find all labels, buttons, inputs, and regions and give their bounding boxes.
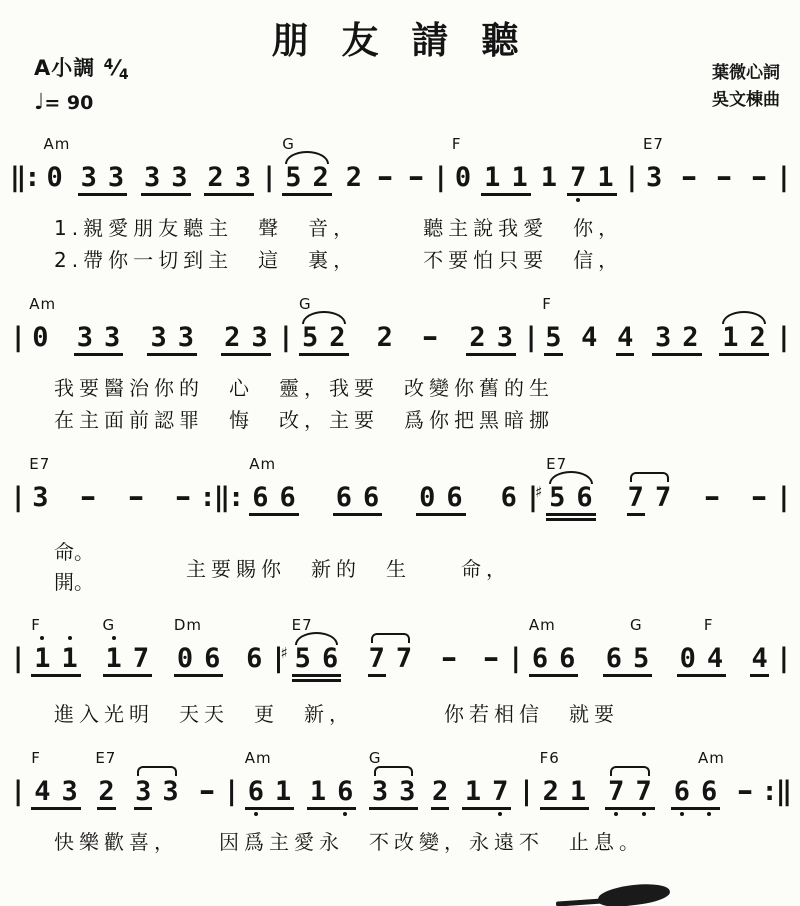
- note: 3: [134, 778, 152, 810]
- measure: 6Am665G04F4: [522, 645, 776, 677]
- note-number: -: [404, 164, 428, 191]
- low-octave-dot: [614, 812, 618, 816]
- note: 3E7: [31, 484, 49, 511]
- note: 3: [61, 778, 79, 805]
- beam-group: 77: [605, 778, 655, 810]
- note-number: 1: [310, 778, 326, 805]
- note-number: -: [747, 164, 771, 191]
- note-number: 6: [246, 645, 262, 672]
- note-number: 0: [455, 164, 471, 191]
- beam-group: 4F3: [31, 778, 81, 810]
- key-signature: A小調 4⁄4: [34, 52, 130, 83]
- measure: 5G22-23: [292, 324, 523, 356]
- note-number: 3: [497, 324, 513, 351]
- tempo-marking: ♩= 90: [34, 90, 93, 115]
- note: 1: [309, 778, 327, 805]
- note-number: 2: [98, 778, 114, 805]
- measure: 6Am666066: [242, 484, 525, 516]
- high-octave-dot: [112, 636, 116, 640]
- rest-note: 0Dm: [176, 645, 194, 672]
- note-number: 2: [432, 778, 448, 805]
- note-number: 6: [701, 778, 717, 805]
- duration-dash: -: [376, 164, 394, 191]
- note-number: 1: [34, 645, 50, 672]
- note-number: 5: [285, 164, 301, 191]
- note: 6: [500, 484, 518, 511]
- lyric-line: 我要醫治你的 心 靈，我要 改變你舊的生: [8, 372, 792, 404]
- note: 3: [80, 164, 98, 191]
- carry-lyrics: 命。開。: [54, 537, 94, 597]
- note-number: 7: [655, 484, 671, 511]
- scan-stain: [597, 881, 671, 906]
- note-number: 2: [682, 324, 698, 351]
- note-number: 0: [177, 645, 193, 672]
- chord-label: E7: [95, 749, 116, 767]
- barline-repeat: |: [10, 324, 24, 351]
- low-octave-dot: [642, 812, 646, 816]
- note: 5G: [632, 645, 650, 672]
- barline: |: [776, 324, 790, 351]
- chord-label: E7: [292, 616, 313, 634]
- note-number: 4: [751, 645, 767, 672]
- measure: 1F11G70Dm66: [24, 645, 270, 677]
- chord-label: G: [282, 135, 295, 153]
- note-number: 6: [532, 645, 548, 672]
- note: 3: [149, 324, 167, 351]
- note-number: 2: [749, 324, 765, 351]
- note-number: 3: [178, 324, 194, 351]
- composer-credit: 吳文棟曲: [712, 87, 780, 114]
- note-number: 6: [336, 484, 352, 511]
- barline: :‖:: [199, 484, 242, 511]
- note: 1: [61, 645, 79, 672]
- note: 6Am: [247, 778, 265, 805]
- duration-dash: -: [421, 324, 439, 351]
- barline: |: [433, 164, 447, 191]
- beam-group: 6Am6: [529, 645, 579, 677]
- barline-repeat: ‖:: [10, 164, 39, 191]
- note-number: 4: [617, 324, 633, 351]
- duration-dash: -: [703, 484, 721, 511]
- note: 6: [203, 645, 221, 672]
- measure: 5G22--: [275, 164, 432, 196]
- chord-label: Am: [29, 295, 56, 313]
- note-number: 1: [275, 778, 291, 805]
- note-number: 2: [346, 164, 362, 191]
- measure: 0Am333323: [24, 324, 277, 356]
- barline: |: [624, 164, 638, 191]
- notes-row: ‖:0Am333323|5G22--|0F11171|3E7---|: [8, 132, 792, 212]
- measure: 0Am333323: [39, 164, 261, 196]
- lyric-line: 命。: [54, 537, 94, 567]
- measure: 3E7---: [24, 484, 199, 511]
- note: 6: [558, 645, 576, 672]
- rest-note: 0: [679, 645, 697, 672]
- beam-group: 23: [466, 324, 516, 356]
- note: 1: [483, 164, 501, 191]
- duration-dash: -: [79, 484, 97, 511]
- note: 5G: [284, 164, 302, 191]
- note-number: 3: [150, 324, 166, 351]
- note-number: 7: [369, 645, 385, 672]
- lyric-line: 主要賜你 新的 生 命，: [186, 553, 511, 582]
- note: 2: [468, 324, 486, 351]
- note: 3: [234, 164, 252, 191]
- beam-group: 6Am1: [245, 778, 295, 810]
- note-number: 2: [313, 164, 329, 191]
- note-number: 6: [559, 645, 575, 672]
- duration-dash: -: [174, 484, 192, 511]
- duration-dash: -: [750, 164, 768, 191]
- chord-label: Am: [698, 749, 725, 767]
- note-number: 1: [106, 645, 122, 672]
- note-number: 6: [248, 778, 264, 805]
- note: 4F: [706, 645, 724, 672]
- chord-label: G: [299, 295, 312, 313]
- beam-group: 12: [719, 324, 769, 356]
- note: 3: [143, 164, 161, 191]
- barline: |: [508, 645, 522, 672]
- note: 3: [654, 324, 672, 351]
- barline-repeat: |: [10, 778, 24, 805]
- duration-dash: -: [482, 645, 500, 672]
- note: 6: [673, 778, 691, 805]
- note-number: -: [733, 778, 757, 805]
- chord-label: Am: [529, 616, 556, 634]
- note-number: 6: [576, 484, 592, 511]
- note-number: 2: [543, 778, 559, 805]
- note-number: 3: [135, 778, 151, 805]
- low-octave-dot: [680, 812, 684, 816]
- beam-group: 77: [625, 484, 675, 516]
- note-number: 6: [363, 484, 379, 511]
- rest-note: 0F: [454, 164, 472, 191]
- beam-group: 5G2: [282, 164, 332, 196]
- sheet-music-page: 朋 友 請 聽 A小調 4⁄4 ♩= 90 葉微心詞 吳文棟曲 ‖:0Am333…: [0, 0, 800, 906]
- barline-repeat: |: [10, 645, 24, 672]
- lyric-line: 2.帶你一切到主 這 裏， 不要怕只要 信，: [8, 244, 792, 276]
- high-octave-dot: [40, 636, 44, 640]
- rest-note: 0Am: [31, 324, 49, 351]
- system-4: |1F11G70Dm66|5♯E7677--|6Am665G04F4|進入光明 …: [8, 613, 792, 730]
- notes-row: |0Am333323|5G22-23|5F443212|: [8, 292, 792, 372]
- note: 6: [335, 484, 353, 511]
- note: 3: [170, 164, 188, 191]
- beam-group: 77: [366, 645, 416, 677]
- note-number: 3: [655, 324, 671, 351]
- note: 7: [491, 778, 509, 805]
- measure: 5♯E7677--: [539, 484, 776, 521]
- note: 6Am: [531, 645, 549, 672]
- note-number: 6: [252, 484, 268, 511]
- chord-label: E7: [643, 135, 664, 153]
- chord-label: G: [103, 616, 116, 634]
- note: 3G: [371, 778, 389, 805]
- note: 1: [274, 778, 292, 805]
- chord-label: F: [704, 616, 714, 634]
- note-number: 4: [581, 324, 597, 351]
- chord-label: Am: [249, 455, 276, 473]
- note: 3E7: [645, 164, 663, 191]
- note-number: 1: [465, 778, 481, 805]
- beam-group: 33: [78, 164, 128, 196]
- chord-label: G: [369, 749, 382, 767]
- note: 1: [569, 778, 587, 805]
- note: 6: [321, 645, 339, 672]
- note-number: 4: [34, 778, 50, 805]
- note: 3: [250, 324, 268, 351]
- time-signature: 4⁄4: [104, 56, 130, 80]
- beam-group: 65G: [603, 645, 653, 677]
- note-number: 3: [62, 778, 78, 805]
- notes-row: |3E7---:‖:6Am666066|5♯E7677--|: [8, 452, 792, 537]
- note: 2: [681, 324, 699, 351]
- note: 7: [634, 778, 652, 805]
- note-number: 3: [32, 484, 48, 511]
- chord-label: E7: [29, 455, 50, 473]
- note-number: 6: [322, 645, 338, 672]
- chord-label: F6: [540, 749, 560, 767]
- note-number: 1: [62, 645, 78, 672]
- measure: 3E7---: [638, 164, 776, 191]
- measure: 5F443212: [537, 324, 775, 356]
- note-number: 2: [207, 164, 223, 191]
- note: 7: [395, 645, 413, 672]
- note: 2: [376, 324, 394, 351]
- note: 7: [627, 484, 645, 516]
- note-number: 4: [707, 645, 723, 672]
- beam-group: 23: [204, 164, 254, 196]
- barline: |: [223, 778, 237, 805]
- note: 4F: [33, 778, 51, 805]
- note-number: 2: [469, 324, 485, 351]
- header: 朋 友 請 聽 A小調 4⁄4 ♩= 90 葉微心詞 吳文棟曲: [8, 4, 792, 132]
- beam-group: 0Dm6: [174, 645, 224, 677]
- note-number: 3: [77, 324, 93, 351]
- note: 2: [431, 778, 449, 810]
- low-octave-dot: [576, 198, 580, 202]
- note: 3: [103, 324, 121, 351]
- note-number: 1: [722, 324, 738, 351]
- duration-dash: -: [127, 484, 145, 511]
- barline: |: [261, 164, 275, 191]
- note-number: 3: [372, 778, 388, 805]
- note-number: 3: [108, 164, 124, 191]
- note: 6: [575, 484, 593, 511]
- note: 7: [654, 484, 672, 511]
- duration-dash: -: [440, 645, 458, 672]
- note: 1G: [105, 645, 123, 672]
- note-number: 3: [81, 164, 97, 191]
- lyricist-credit: 葉微心詞: [712, 60, 780, 87]
- beam-group: 32: [652, 324, 702, 356]
- rest-note: 0Am: [46, 164, 64, 191]
- note: 1: [510, 164, 528, 191]
- beam-group: 66: [333, 484, 383, 516]
- note: 2E7: [97, 778, 115, 810]
- note-number: 5: [302, 324, 318, 351]
- note: 3: [496, 324, 514, 351]
- sharp-icon: ♯: [281, 644, 288, 662]
- note-number: 2: [377, 324, 393, 351]
- note: 3: [177, 324, 195, 351]
- quarter-note-icon: ♩: [34, 90, 44, 115]
- duration-dash: -: [407, 164, 425, 191]
- lyric-line: 在主面前認罪 悔 改，主要 爲你把黑暗挪: [8, 404, 792, 436]
- note: 7: [368, 645, 386, 677]
- notes-row: |4F32E733-|6Am1163G3217|2F617766Am-:‖: [8, 746, 792, 826]
- note-number: 7: [133, 645, 149, 672]
- note-number: 6: [446, 484, 462, 511]
- note: 2: [223, 324, 241, 351]
- chord-label: E7: [546, 455, 567, 473]
- note: 3: [161, 778, 179, 805]
- note-number: 3: [646, 164, 662, 191]
- note-number: -: [479, 645, 503, 672]
- chord-label: G: [630, 616, 643, 634]
- note-number: 7: [628, 484, 644, 511]
- barline: |: [278, 324, 292, 351]
- barline: |: [776, 645, 790, 672]
- credits: 葉微心詞 吳文棟曲: [712, 60, 780, 114]
- note: 2: [206, 164, 224, 191]
- note-number: 6: [674, 778, 690, 805]
- duration-dash: -: [750, 484, 768, 511]
- note-number: 1: [570, 778, 586, 805]
- lyric-line: 開。: [54, 567, 94, 597]
- note-number: 6: [501, 484, 517, 511]
- note: 2: [345, 164, 363, 191]
- beam-group: 5♯E76: [546, 484, 596, 521]
- note: 5G: [301, 324, 319, 351]
- note-number: 3: [162, 778, 178, 805]
- note: 6: [445, 484, 463, 511]
- note-number: 5: [545, 324, 561, 351]
- note-number: -: [418, 324, 442, 351]
- system-1: ‖:0Am333323|5G22--|0F11171|3E7---|1.親愛朋友…: [8, 132, 792, 276]
- note-number: 0: [419, 484, 435, 511]
- note: 7: [607, 778, 625, 805]
- beam-group: 04F: [677, 645, 727, 677]
- beam-group: 33: [74, 324, 124, 356]
- note: 3: [107, 164, 125, 191]
- beam-group: 11: [481, 164, 531, 196]
- barline-repeat: |: [10, 484, 24, 511]
- note-number: 2: [329, 324, 345, 351]
- note-number: 5: [633, 645, 649, 672]
- note: 6: [245, 645, 263, 672]
- note: 1F: [33, 645, 51, 672]
- lyric-line: 進入光明 天天 更 新， 你若相信 就要: [8, 698, 792, 730]
- note: 1: [540, 164, 558, 191]
- note-number: -: [712, 164, 736, 191]
- chord-label: Am: [245, 749, 272, 767]
- note: 5♯E7: [294, 645, 312, 672]
- note: 7: [132, 645, 150, 672]
- measure: 2F617766Am-: [533, 778, 762, 810]
- notes-row: |1F11G70Dm66|5♯E7677--|6Am665G04F4|: [8, 613, 792, 698]
- barline: |: [776, 164, 790, 191]
- measure: 5♯E7677--: [285, 645, 508, 682]
- note-number: 7: [570, 164, 586, 191]
- note-number: -: [677, 164, 701, 191]
- chord-label: F: [452, 135, 462, 153]
- note-number: 3: [235, 164, 251, 191]
- measure: 0F11171: [447, 164, 624, 196]
- note: 4: [580, 324, 598, 351]
- note-number: 7: [635, 778, 651, 805]
- lyrics-row: 命。開。主要賜你 新的 生 命，: [8, 537, 792, 597]
- high-octave-dot: [68, 636, 72, 640]
- note: 4: [616, 324, 634, 356]
- beam-group: 23: [221, 324, 271, 356]
- note-number: 7: [608, 778, 624, 805]
- beam-group: 33: [147, 324, 197, 356]
- note: 6: [362, 484, 380, 511]
- note-number: 3: [144, 164, 160, 191]
- score: ‖:0Am333323|5G22--|0F11171|3E7---|1.親愛朋友…: [8, 132, 792, 858]
- beam-group: 6Am6: [249, 484, 299, 516]
- system-3: |3E7---:‖:6Am666066|5♯E7677--|命。開。主要賜你 新…: [8, 452, 792, 597]
- beam-group: 33: [141, 164, 191, 196]
- note: 4: [750, 645, 768, 677]
- note: 6: [336, 778, 354, 805]
- key-label: A小調: [34, 56, 95, 80]
- beam-group: 3G3: [369, 778, 419, 810]
- low-octave-dot: [498, 812, 502, 816]
- note-number: -: [123, 484, 147, 511]
- low-octave-dot: [343, 812, 347, 816]
- sharp-icon: ♯: [535, 483, 542, 501]
- note-number: 3: [104, 324, 120, 351]
- note: 6Am: [700, 778, 718, 805]
- lyric-line: 快樂歡喜， 因爲主愛永 不改變，永遠不 止息。: [8, 826, 792, 858]
- barline: |: [523, 324, 537, 351]
- beam-group: 1F1: [31, 645, 81, 677]
- note: 3: [76, 324, 94, 351]
- system-2: |0Am333323|5G22-23|5F443212|我要醫治你的 心 靈，我…: [8, 292, 792, 436]
- beam-group: 71: [567, 164, 617, 196]
- chord-label: F: [31, 749, 41, 767]
- note: 6: [279, 484, 297, 511]
- note-number: 0: [680, 645, 696, 672]
- beam-group: 33: [132, 778, 182, 810]
- chord-label: Am: [44, 135, 71, 153]
- note: 5♯E7: [548, 484, 566, 511]
- note: 6Am: [251, 484, 269, 511]
- chord-label: Dm: [174, 616, 202, 634]
- barline: :‖: [761, 778, 790, 805]
- low-octave-dot: [707, 812, 711, 816]
- note: 2: [312, 164, 330, 191]
- duration-dash: -: [715, 164, 733, 191]
- note-number: -: [76, 484, 100, 511]
- note-number: 2: [224, 324, 240, 351]
- note: 2F6: [542, 778, 560, 805]
- note-number: 3: [251, 324, 267, 351]
- note-number: 1: [541, 164, 557, 191]
- system-5: |4F32E733-|6Am1163G3217|2F617766Am-:‖快樂歡…: [8, 746, 792, 858]
- beam-group: 16: [307, 778, 357, 810]
- beam-group: 2F61: [540, 778, 590, 810]
- rest-note: 0: [418, 484, 436, 511]
- beam-group: 66Am: [671, 778, 721, 810]
- note-number: 6: [280, 484, 296, 511]
- barline: |: [776, 484, 790, 511]
- note-number: -: [437, 645, 461, 672]
- note-number: 5: [295, 645, 311, 672]
- note: 1: [464, 778, 482, 805]
